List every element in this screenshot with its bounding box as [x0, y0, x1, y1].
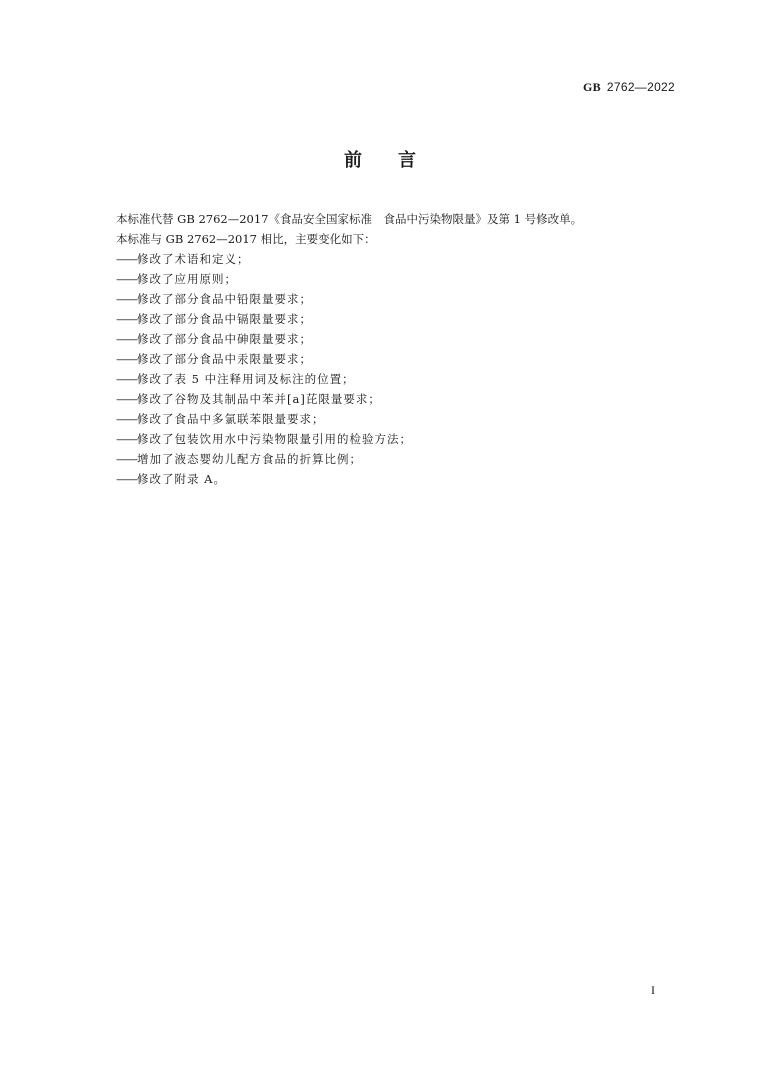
- change-text: 修改了部分食品中汞限量要求；: [137, 352, 312, 366]
- preface-body: 本标准代替 GB 2762—2017《食品安全国家标准 食品中污染物限量》及第 …: [116, 209, 676, 489]
- change-item: ——修改了部分食品中镉限量要求；: [116, 309, 676, 329]
- standard-number: 2762—2022: [607, 80, 675, 94]
- change-item: ——修改了表 5 中注释用词及标注的位置；: [116, 369, 676, 389]
- standard-prefix: GB: [583, 80, 601, 94]
- change-item: ——修改了附录 A。: [116, 469, 676, 489]
- change-item: ——修改了食品中多氯联苯限量要求；: [116, 409, 676, 429]
- change-item: ——修改了应用原则；: [116, 269, 676, 289]
- change-item: ——修改了部分食品中汞限量要求；: [116, 349, 676, 369]
- change-text: 增加了液态婴幼儿配方食品的折算比例；: [137, 452, 362, 466]
- change-text: 修改了部分食品中铅限量要求；: [137, 292, 312, 306]
- em-dash: ——: [116, 452, 137, 466]
- change-item: ——增加了液态婴幼儿配方食品的折算比例；: [116, 449, 676, 469]
- em-dash: ——: [116, 292, 137, 306]
- em-dash: ——: [116, 352, 137, 366]
- page-number: I: [651, 983, 655, 998]
- change-item: ——修改了谷物及其制品中苯并[a]芘限量要求；: [116, 389, 676, 409]
- em-dash: ——: [116, 332, 137, 346]
- standard-code: GB2762—2022: [583, 80, 675, 95]
- change-item: ——修改了术语和定义；: [116, 249, 676, 269]
- em-dash: ——: [116, 392, 137, 406]
- change-text: 修改了应用原则；: [137, 272, 237, 286]
- change-text: 修改了包装饮用水中污染物限量引用的检验方法；: [137, 432, 412, 446]
- change-text: 修改了表 5 中注释用词及标注的位置；: [137, 372, 355, 386]
- page-title: 前言: [0, 146, 760, 172]
- em-dash: ——: [116, 412, 137, 426]
- change-text: 修改了部分食品中镉限量要求；: [137, 312, 312, 326]
- intro-paragraph: 本标准代替 GB 2762—2017《食品安全国家标准 食品中污染物限量》及第 …: [116, 209, 676, 229]
- em-dash: ——: [116, 472, 137, 486]
- change-text: 修改了附录 A。: [137, 472, 226, 486]
- change-item: ——修改了包装饮用水中污染物限量引用的检验方法；: [116, 429, 676, 449]
- em-dash: ——: [116, 312, 137, 326]
- change-text: 修改了谷物及其制品中苯并[a]芘限量要求；: [137, 392, 381, 406]
- change-item: ——修改了部分食品中砷限量要求；: [116, 329, 676, 349]
- intro-paragraph: 本标准与 GB 2762—2017 相比，主要变化如下：: [116, 229, 676, 249]
- change-text: 修改了部分食品中砷限量要求；: [137, 332, 312, 346]
- change-item: ——修改了部分食品中铅限量要求；: [116, 289, 676, 309]
- em-dash: ——: [116, 272, 137, 286]
- em-dash: ——: [116, 372, 137, 386]
- change-text: 修改了术语和定义；: [137, 252, 250, 266]
- em-dash: ——: [116, 252, 137, 266]
- change-text: 修改了食品中多氯联苯限量要求；: [137, 412, 325, 426]
- em-dash: ——: [116, 432, 137, 446]
